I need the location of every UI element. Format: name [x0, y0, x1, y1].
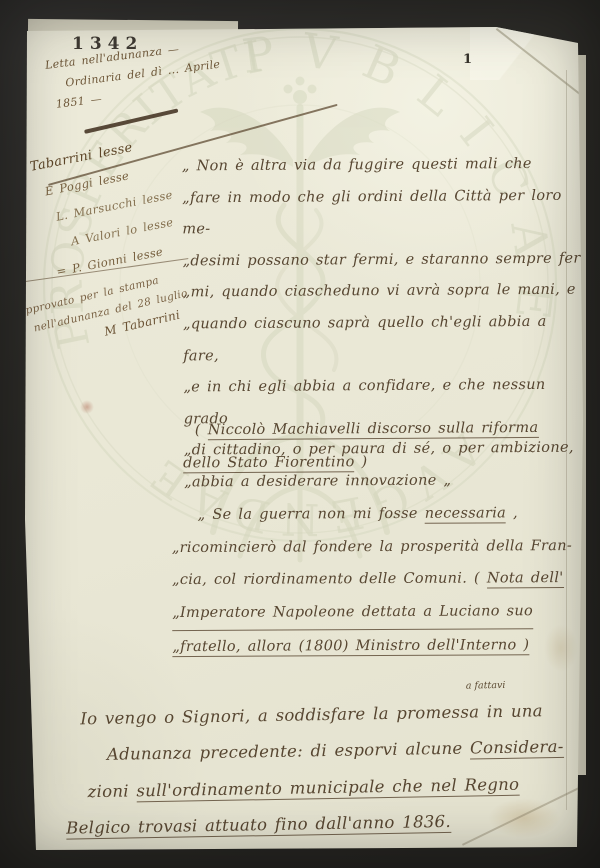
quote-line: „Imperatore Napoleone dettata a Luciano … [172, 595, 533, 631]
closing-paragraph: Io vengo o Signori, a soddisfare la prom… [42, 692, 592, 847]
quote-line: „fratello, allora (1800) Ministro dell'I… [172, 638, 529, 658]
attribution-line: dello Stato Fiorentino ) [183, 445, 583, 481]
manuscript-page: PROSPERITATI PVBLICAE AVGENDAE [0, 0, 600, 868]
manuscript-photo: PROSPERITATI PVBLICAE AVGENDAE [0, 0, 600, 868]
interline-insertion: a fattavi [466, 681, 506, 692]
stain [80, 400, 94, 414]
quote-line: „ Se la guerra non mi fosse necessaria , [198, 497, 592, 532]
quote-line: „desimi possano star fermi, e staranno s… [182, 243, 586, 277]
page-number: 1 [463, 52, 472, 67]
fold-corner-highlight [470, 20, 590, 80]
quote-line: „ Non è altra via da fuggire questi mali… [182, 149, 586, 183]
quote-line: „fare in modo che gli ordini della Città… [182, 180, 586, 246]
quote-line: „ricomincierò dal fondere la prosperità … [172, 529, 592, 564]
machiavelli-attribution: ( Niccolò Machiavelli discorso sulla rif… [183, 412, 583, 481]
quote-line: „cia, col riordinamento delle Comuni. ( … [172, 562, 592, 597]
quote-line: „quando ciascuno saprà quello ch'egli ab… [183, 307, 587, 373]
attribution-line: ( Niccolò Machiavelli discorso sulla rif… [195, 412, 583, 448]
napoleon-quote: „ Se la guerra non mi fosse necessaria ,… [172, 497, 593, 664]
quote-line: „mi, quando ciascheduno vi avrà sopra le… [183, 275, 587, 309]
